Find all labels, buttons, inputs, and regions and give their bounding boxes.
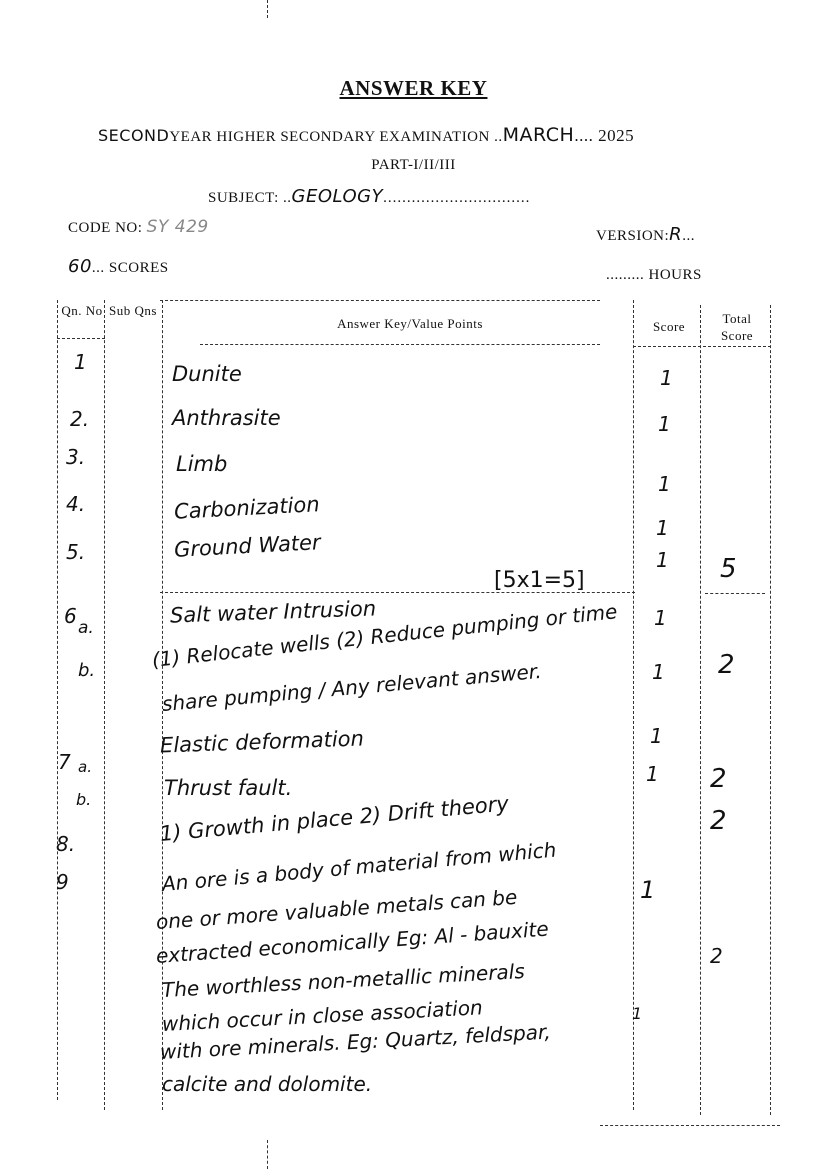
header-bottom-qn — [57, 338, 105, 339]
subject-line: SUBJECT: ..GEOLOGY......................… — [208, 186, 530, 207]
document-title: ANSWER KEY — [0, 76, 827, 101]
col-divider-score — [700, 305, 701, 1115]
code-label: CODE NO: — [68, 220, 142, 236]
answer-text: Ground Water — [173, 530, 321, 562]
version-line: VERSION:R... — [596, 224, 695, 245]
answer-text: Salt water Intrusion — [170, 596, 377, 627]
version-value: R — [669, 224, 682, 245]
section-a-total-bottom — [705, 593, 765, 594]
answer-text: Anthrasite — [172, 406, 281, 430]
qn-number: 3. — [66, 445, 85, 469]
col-header-score: Score — [640, 318, 698, 335]
exam-line: SECONDYEAR HIGHER SECONDARY EXAMINATION … — [98, 124, 634, 146]
subject-value: GEOLOGY — [292, 186, 384, 207]
month-handwritten: MARCH — [503, 124, 575, 146]
col-divider-qn — [104, 300, 105, 1110]
code-line: CODE NO: SY 429 — [68, 217, 209, 237]
year-suffix: .... 2025 — [574, 126, 634, 145]
answer-text: Carbonization — [173, 492, 320, 524]
col-header-total-score: Total Score — [706, 310, 768, 344]
qn-number: 7 — [58, 750, 71, 774]
qn-number: 8. — [56, 832, 75, 856]
qn-number: 6 — [64, 604, 77, 628]
sub-qn-label: b. — [76, 790, 91, 809]
subject-label: SUBJECT: .. — [208, 190, 292, 206]
score-value: 1 — [654, 606, 667, 630]
score-value: 1 — [658, 472, 671, 496]
qn-number: 2. — [70, 407, 89, 431]
version-dots: ... — [682, 228, 695, 244]
answer-text: Dunite — [172, 362, 242, 386]
scores-value: 60 — [68, 256, 92, 277]
total-score-value: 5 — [720, 554, 737, 584]
qn-number: 4. — [66, 492, 85, 516]
table-left-border — [57, 300, 58, 1100]
sub-qn-label: a. — [78, 758, 92, 776]
scores-line: 60... SCORES — [68, 256, 169, 277]
exam-printed: YEAR HIGHER SECONDARY EXAMINATION .. — [169, 129, 502, 145]
table-bottom-border — [600, 1125, 780, 1126]
qn-number: 1 — [74, 350, 87, 374]
part-label: PART-I/II/III — [0, 157, 827, 174]
total-score-value: 2 — [710, 764, 727, 794]
year-handwritten: SECOND — [98, 126, 169, 145]
answer-text: calcite and dolomite. — [162, 1072, 372, 1096]
score-value: 1 — [632, 1004, 642, 1023]
header-bottom-answer — [200, 344, 600, 345]
scan-mark-top — [267, 0, 268, 18]
total-score-value: 2 — [710, 944, 723, 968]
qn-number: 9 — [56, 870, 69, 894]
score-value: 1 — [652, 660, 665, 684]
col-header-qn-no: Qn. No — [60, 302, 104, 319]
answer-text: Thrust fault. — [164, 776, 292, 800]
score-value: 1 — [660, 366, 673, 390]
sub-qn-label: b. — [78, 660, 95, 681]
answer-text: Limb — [176, 452, 227, 476]
header-top-border — [160, 300, 600, 301]
code-value: SY 429 — [147, 217, 209, 237]
version-label: VERSION: — [596, 228, 669, 244]
answer-text: Elastic deformation — [160, 726, 365, 757]
col-divider-answer — [633, 300, 634, 1110]
score-value: 1 — [650, 724, 663, 748]
score-value: 1 — [640, 876, 655, 904]
table-right-border — [770, 305, 771, 1115]
scores-label: ... SCORES — [92, 260, 169, 276]
total-score-value: 2 — [710, 806, 727, 836]
col-header-answer: Answer Key/Value Points — [240, 315, 580, 332]
score-value: 1 — [646, 762, 659, 786]
score-value: 1 — [656, 548, 669, 572]
score-value: 1 — [656, 516, 669, 540]
score-value: 1 — [658, 412, 671, 436]
subject-dots: ............................... — [383, 190, 530, 206]
total-score-value: 2 — [718, 650, 735, 680]
sub-qn-label: a. — [78, 618, 94, 638]
qn-number: 5. — [66, 540, 85, 564]
header-bottom-score — [633, 346, 771, 347]
hours-line: ......... HOURS — [606, 267, 702, 284]
subtotal-note: [5x1=5] — [494, 568, 585, 593]
col-header-sub-qns: Sub Qns — [108, 302, 158, 319]
scan-mark-bottom — [267, 1140, 268, 1169]
answer-text: share pumping / Any relevant answer. — [161, 659, 542, 716]
